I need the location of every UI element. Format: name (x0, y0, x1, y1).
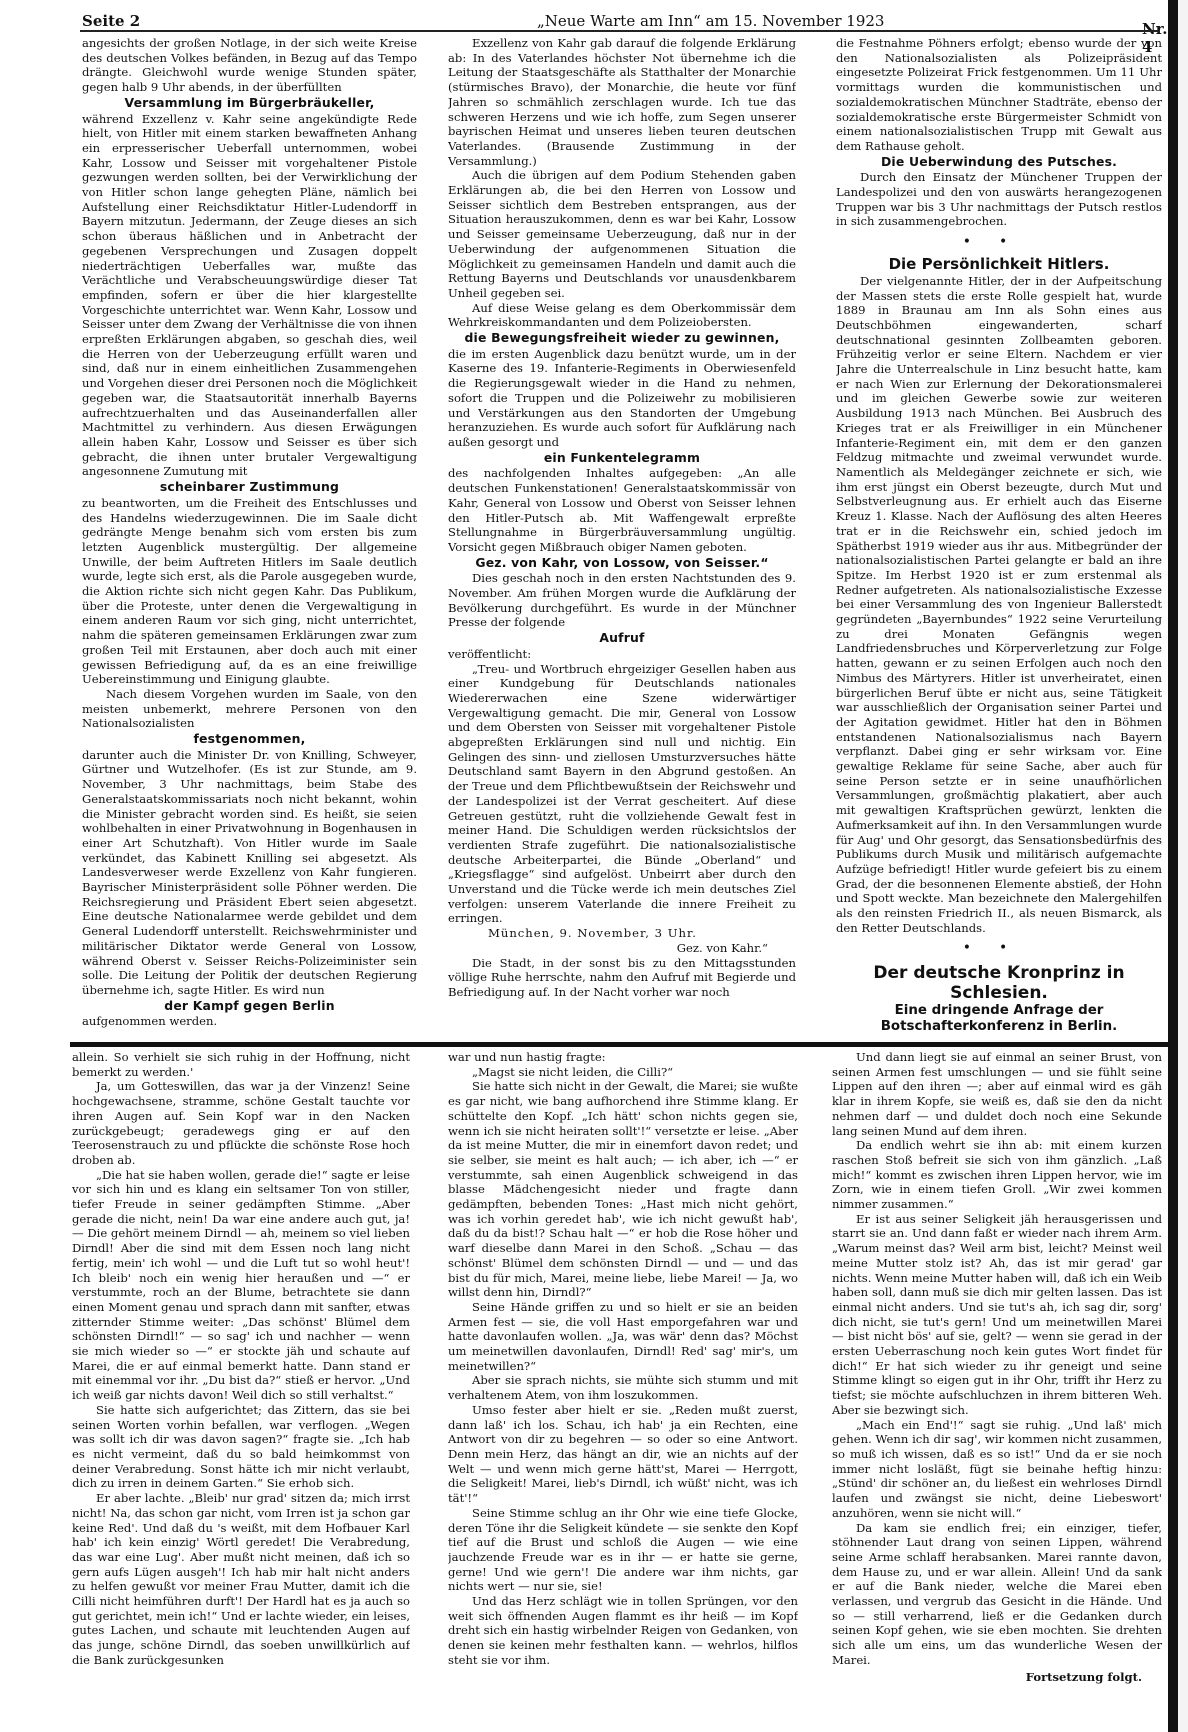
paragraph: die im ersten Augenblick dazu benützt wu… (448, 347, 796, 450)
kronprinz-article-subtitle: Eine dringende Anfrage der Botschafterko… (836, 1003, 1162, 1035)
adjacent-page-edge (1178, 0, 1188, 1732)
serial-column-2: war und nun hastig fragte: „Magst sie ni… (448, 1050, 798, 1730)
header-rule (80, 30, 1160, 32)
subheading: Aufruf (448, 631, 796, 646)
paragraph: Er aber lachte. „Bleib' nur grad' sitzen… (72, 1491, 410, 1667)
dateline: München, 9. November, 3 Uhr. (448, 926, 796, 941)
paragraph: Umso fester aber hielt er sie. „Reden mu… (448, 1403, 798, 1506)
paragraph: allein. So verhielt sie sich ruhig in de… (72, 1050, 410, 1079)
paragraph: Seine Stimme schlug an ihr Ohr wie eine … (448, 1506, 798, 1594)
paragraph: des nachfolgenden Inhaltes aufgegeben: „… (448, 466, 796, 554)
subheading: der Kampf gegen Berlin (82, 999, 417, 1014)
paragraph: Er ist aus seiner Seligkeit jäh herausge… (832, 1212, 1162, 1418)
paragraph: Sie hatte sich nicht in der Gewalt, die … (448, 1079, 798, 1300)
subheading: festgenommen, (82, 732, 417, 747)
paragraph: Der vielgenannte Hitler, der in der Aufp… (836, 274, 1162, 936)
paragraph: Haag, 10. Nov. Nach einer amtlichen Meld… (836, 1035, 1162, 1036)
paragraph: „Mach ein End'!“ sagt sie ruhig. „Und la… (832, 1418, 1162, 1521)
paragraph: Aber sie sprach nichts, sie mühte sich s… (448, 1373, 798, 1402)
paragraph: „Magst sie nicht leiden, die Cilli?“ (448, 1065, 798, 1080)
paragraph: Exzellenz von Kahr gab darauf die folgen… (448, 36, 796, 168)
paragraph: „Die hat sie haben wollen, gerade die!“ … (72, 1168, 410, 1403)
paragraph: Und dann liegt sie auf einmal an seiner … (832, 1050, 1162, 1138)
paragraph: Und das Herz schlägt wie in tollen Sprün… (448, 1594, 798, 1668)
paragraph: Da endlich wehrt sie ihn ab: mit einem k… (832, 1138, 1162, 1212)
paragraph: war und nun hastig fragte: (448, 1050, 798, 1065)
putsch-column-1: angesichts der großen Notlage, in der si… (82, 36, 417, 1036)
subheading: Die Ueberwindung des Putsches. (836, 155, 1162, 170)
paragraph: Da kam sie endlich frei; ein einziger, t… (832, 1521, 1162, 1668)
subheading: ein Funkentelegramm (448, 451, 796, 466)
paragraph: „Treu- und Wortbruch ehrgeiziger Geselle… (448, 662, 796, 927)
kronprinz-article-title: Der deutsche Kronprinz in Schlesien. (836, 963, 1162, 1003)
section-divider: •• (836, 233, 1162, 251)
paragraph: Auf diese Weise gelang es dem Oberkommis… (448, 301, 796, 330)
paragraph: darunter auch die Minister Dr. von Knill… (82, 748, 417, 998)
paragraph: veröffentlicht: (448, 647, 796, 662)
paragraph: aufgenommen werden. (82, 1014, 417, 1029)
paragraph: angesichts der großen Notlage, in der si… (82, 36, 417, 95)
scan-edge-shadow (1168, 0, 1178, 1732)
serial-column-1: allein. So verhielt sie sich ruhig in de… (72, 1050, 410, 1730)
page-number: Seite 2 (82, 12, 140, 30)
newspaper-page: Seite 2 „Neue Warte am Inn“ am 15. Novem… (0, 0, 1188, 1732)
paragraph: Sie hatte sich aufgerichtet; das Zittern… (72, 1403, 410, 1491)
paragraph: Auch die übrigen auf dem Podium Stehende… (448, 168, 796, 300)
subheading: scheinbarer Zustimmung (82, 480, 417, 495)
subheading: die Bewegungsfreiheit wieder zu gewinnen… (448, 331, 796, 346)
subheading: Versammlung im Bürgerbräukeller, (82, 96, 417, 111)
putsch-column-2: Exzellenz von Kahr gab darauf die folgen… (448, 36, 796, 1036)
section-rule (70, 1042, 1170, 1047)
continued-notice: Fortsetzung folgt. (832, 1670, 1162, 1685)
hitler-article-title: Die Persönlichkeit Hitlers. (836, 257, 1162, 272)
paragraph: Durch den Einsatz der Münchener Truppen … (836, 170, 1162, 229)
signature: Gez. von Kahr, von Lossow, von Seisser.“ (448, 556, 796, 571)
putsch-column-3: die Festnahme Pöhners erfolgt; ebenso wu… (836, 36, 1162, 1036)
paragraph: Nach diesem Vorgehen wurden im Saale, vo… (82, 687, 417, 731)
paragraph: Die Stadt, in der sonst bis zu den Mitta… (448, 956, 796, 1000)
serial-column-3: Und dann liegt sie auf einmal an seiner … (832, 1050, 1162, 1730)
paragraph: die Festnahme Pöhners erfolgt; ebenso wu… (836, 36, 1162, 154)
section-divider: •• (836, 939, 1162, 957)
paragraph: Ja, um Gotteswillen, das war ja der Vinz… (72, 1079, 410, 1167)
paragraph: während Exzellenz v. Kahr seine angekünd… (82, 112, 417, 480)
paragraph: Dies geschah noch in den ersten Nachtstu… (448, 571, 796, 630)
paragraph: Seine Hände griffen zu und so hielt er s… (448, 1300, 798, 1374)
masthead-date: „Neue Warte am Inn“ am 15. November 1923 (537, 12, 884, 30)
signature: Gez. von Kahr.“ (448, 941, 796, 956)
paragraph: zu beantworten, um die Freiheit des Ents… (82, 496, 417, 687)
